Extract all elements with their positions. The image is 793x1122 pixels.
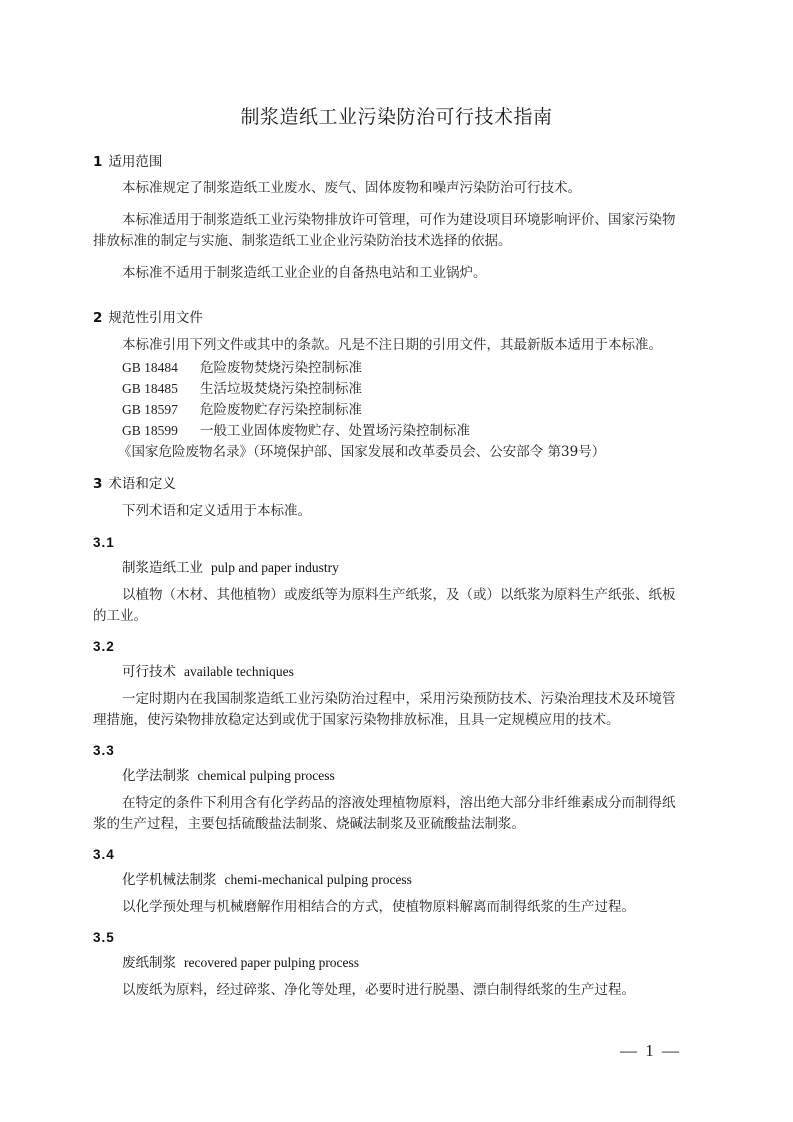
paragraph: 本标准引用下列文件或其中的条款。凡是不注日期的引用文件，其最新版本适用于本标准。 [122, 334, 662, 356]
reference-code: GB 18484 [122, 360, 200, 376]
term-definition: 以废纸为原料，经过碎浆、净化等处理，必要时进行脱墨、漂白制得纸浆的生产过程。 [122, 979, 635, 1001]
paragraph-continuation: 排放标准的制定与实施、制浆造纸工业企业污染防治技术选择的依据。 [93, 230, 512, 252]
paragraph: 本标准规定了制浆造纸工业废水、废气、固体废物和噪声污染防治可行技术。 [122, 177, 581, 199]
reference-item-extra: 《国家危险废物名录》（环境保护部、国家发展和改革委员会、公安部令 第39号） [118, 440, 605, 460]
reference-code: GB 18597 [122, 402, 200, 418]
section-heading-3: 3术语和定义 [93, 472, 176, 492]
reference-title: 一般工业固体废物贮存、处置场污染控制标准 [200, 423, 470, 439]
reference-item: GB 18599一般工业固体废物贮存、处置场污染控制标准 [122, 419, 470, 439]
reference-title: 危险废物焚烧污染控制标准 [200, 360, 362, 376]
term-en: pulp and paper industry [211, 560, 339, 575]
term-definition: 以植物（木材、其他植物）或废纸等为原料生产纸浆，及（或）以纸浆为原料生产纸张、纸… [122, 584, 676, 606]
section-title: 适用范围 [108, 154, 162, 170]
reference-item: GB 18484危险废物焚烧污染控制标准 [122, 356, 362, 376]
term-zh: 化学机械法制浆 [122, 872, 217, 888]
section-title: 规范性引用文件 [108, 310, 203, 326]
term-en: chemi-mechanical pulping process [225, 872, 412, 887]
term-number: 3.5 [93, 930, 115, 945]
paragraph: 本标准适用于制浆造纸工业污染物排放许可管理，可作为建设项目环境影响评价、国家污染… [122, 209, 676, 231]
reference-code: GB 18599 [122, 423, 200, 439]
term-number: 3.4 [93, 847, 115, 862]
term-definition: 一定时期内在我国制浆造纸工业污染防治过程中，采用污染预防技术、污染治理技术及环境… [122, 688, 676, 710]
term-en: recovered paper pulping process [184, 955, 359, 970]
term-en: chemical pulping process [198, 768, 335, 783]
section-number: 1 [93, 154, 102, 170]
term-heading: 可行技术available techniques [122, 660, 294, 680]
term-number: 3.1 [93, 535, 115, 550]
section-heading-2: 2规范性引用文件 [93, 306, 203, 326]
term-heading: 化学机械法制浆chemi-mechanical pulping process [122, 868, 412, 888]
page-number: — 1 — [620, 1041, 681, 1061]
paragraph: 本标准不适用于制浆造纸工业企业的自备热电站和工业锅炉。 [122, 262, 487, 284]
section-title: 术语和定义 [108, 476, 176, 492]
document-title: 制浆造纸工业污染防治可行技术指南 [0, 102, 793, 129]
reference-title: 危险废物贮存污染控制标准 [200, 402, 362, 418]
term-zh: 制浆造纸工业 [122, 560, 203, 576]
term-definition-continuation: 的工业。 [93, 605, 147, 627]
term-zh: 化学法制浆 [122, 768, 190, 784]
reference-code: GB 18485 [122, 381, 200, 397]
term-definition-continuation: 浆的生产过程，主要包括硫酸盐法制浆、烧碱法制浆及亚硫酸盐法制浆。 [93, 813, 525, 835]
reference-item: GB 18485生活垃圾焚烧污染控制标准 [122, 377, 362, 397]
section-number: 2 [93, 310, 102, 326]
term-en: available techniques [184, 664, 294, 679]
term-zh: 可行技术 [122, 664, 176, 680]
reference-title: 生活垃圾焚烧污染控制标准 [200, 381, 362, 397]
term-heading: 废纸制浆recovered paper pulping process [122, 951, 359, 971]
section-heading-1: 1适用范围 [93, 150, 162, 170]
term-definition-continuation: 理措施，使污染物排放稳定达到或优于国家污染物排放标准，且具一定规模应用的技术。 [93, 709, 620, 731]
paragraph: 下列术语和定义适用于本标准。 [122, 500, 311, 522]
term-zh: 废纸制浆 [122, 955, 176, 971]
term-heading: 制浆造纸工业pulp and paper industry [122, 556, 339, 576]
term-number: 3.3 [93, 743, 115, 758]
term-heading: 化学法制浆chemical pulping process [122, 764, 335, 784]
term-definition: 以化学预处理与机械磨解作用相结合的方式，使植物原料解离而制得纸浆的生产过程。 [122, 896, 635, 918]
term-number: 3.2 [93, 639, 115, 654]
term-definition: 在特定的条件下利用含有化学药品的溶液处理植物原料，溶出绝大部分非纤维素成分而制得… [122, 792, 676, 814]
section-number: 3 [93, 476, 102, 492]
reference-item: GB 18597危险废物贮存污染控制标准 [122, 398, 362, 418]
